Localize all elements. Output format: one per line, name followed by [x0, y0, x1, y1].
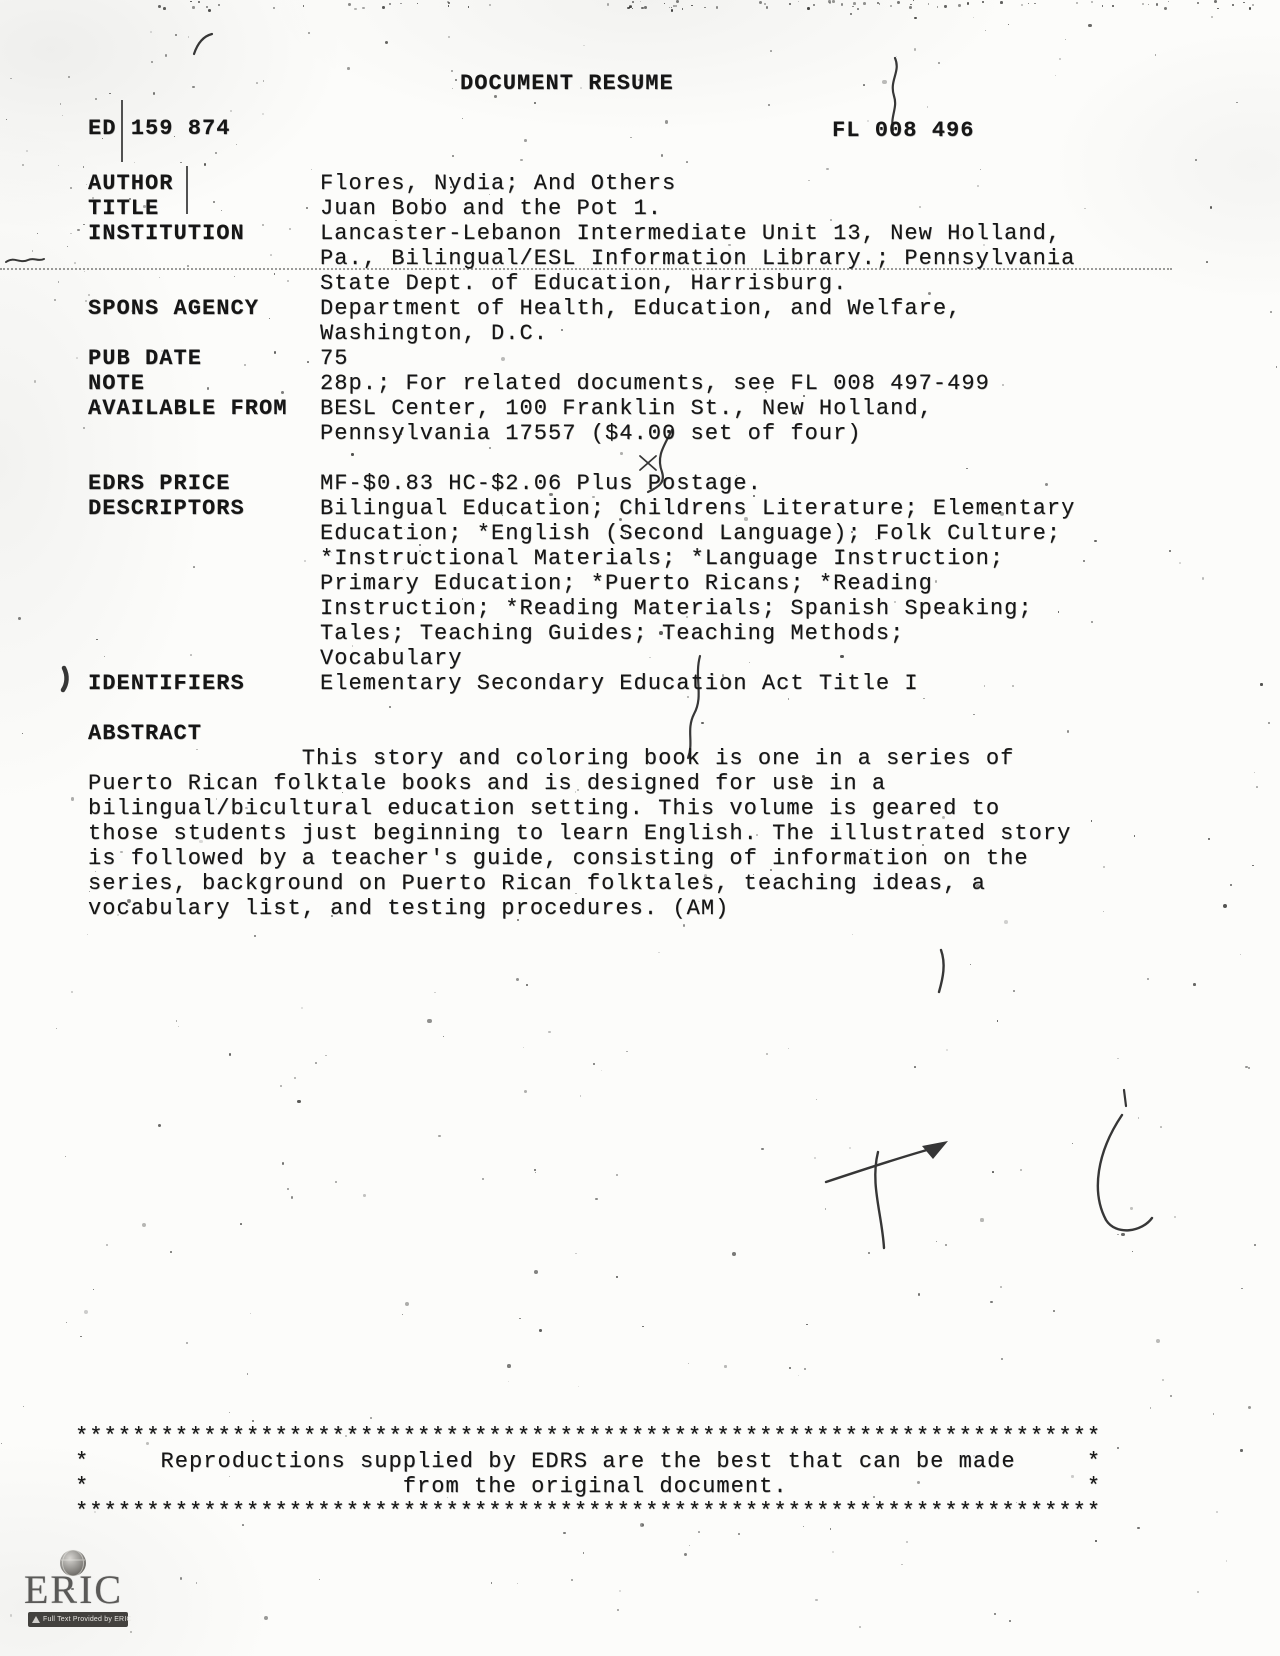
speck — [348, 3, 351, 6]
speck — [1148, 4, 1149, 5]
speck — [896, 56, 897, 57]
speck — [10, 78, 11, 79]
speck — [1000, 1, 1003, 4]
field-value: 28p.; For related documents, see FL 008 … — [320, 371, 1188, 396]
fl-number: FL 008 496 — [832, 119, 975, 143]
speck — [630, 137, 632, 139]
field-row: PUB DATE75 — [88, 346, 1188, 371]
speck — [66, 1322, 67, 1323]
pen-mark-arrow-shaft — [826, 1148, 934, 1182]
speck — [863, 2, 866, 5]
field-value-line: Juan Bobo and the Pot 1. — [320, 196, 1188, 221]
speck — [803, 1526, 804, 1527]
speck — [84, 1310, 88, 1314]
speck — [832, 1551, 834, 1553]
speck — [1243, 2, 1244, 3]
abstract-line: bilingual/bicultural education setting. … — [88, 796, 1218, 821]
speck — [362, 7, 365, 10]
speck — [303, 5, 304, 6]
field-label: SPONS AGENCY — [88, 296, 320, 321]
speck — [1214, 0, 1217, 3]
speck — [1067, 730, 1069, 732]
speck — [946, 1049, 948, 1051]
speck — [1156, 3, 1159, 6]
speck — [109, 93, 111, 95]
speck — [1193, 983, 1196, 986]
speck — [451, 70, 453, 72]
speck — [405, 1302, 409, 1306]
speck — [859, 1626, 861, 1628]
speck — [548, 1031, 550, 1033]
speck — [1028, 3, 1030, 5]
speck — [1102, 5, 1103, 6]
speck — [738, 1533, 740, 1535]
speck — [354, 8, 356, 10]
speck — [580, 1095, 582, 1097]
speck — [682, 8, 683, 9]
speck — [23, 1406, 24, 1407]
speck — [10, 1614, 12, 1616]
speck — [62, 115, 63, 116]
speck — [768, 104, 770, 106]
field-value: Bilingual Education; Childrens Literatur… — [320, 496, 1188, 671]
speck — [180, 162, 182, 164]
field-row: TITLEJuan Bobo and the Pot 1. — [88, 196, 1188, 221]
field-value-line: Lancaster-Lebanon Intermediate Unit 13, … — [320, 221, 1188, 246]
speck — [1240, 1449, 1242, 1451]
speck — [1162, 1379, 1164, 1381]
speck — [829, 2, 831, 4]
pen-mark-arrow-tail — [875, 1152, 884, 1248]
speck — [389, 3, 392, 6]
banner-arrow-icon — [32, 1616, 40, 1623]
speck — [400, 3, 402, 5]
speck — [826, 168, 828, 170]
speck — [909, 6, 912, 9]
speck — [524, 139, 527, 142]
speck — [944, 5, 946, 7]
speck — [990, 1301, 992, 1303]
speck — [1091, 1, 1093, 3]
speck — [1000, 1286, 1002, 1288]
eric-logo-tagline: Full Text Provided by ERIC — [43, 1616, 132, 1623]
speck — [70, 233, 72, 235]
speck — [701, 722, 703, 724]
speck — [297, 1100, 301, 1104]
field-value: Elementary Secondary Education Act Title… — [320, 671, 1188, 696]
speck — [520, 159, 523, 162]
speck — [852, 6, 854, 8]
speck — [447, 1, 449, 3]
speck — [640, 1, 642, 3]
speck — [882, 80, 886, 84]
field-row: AUTHORFlores, Nydia; And Others — [88, 171, 1188, 196]
speck — [315, 1062, 317, 1064]
speck — [890, 5, 892, 7]
speck — [1117, 1447, 1119, 1449]
speck — [1155, 54, 1157, 56]
speck — [534, 1169, 536, 1171]
speck — [165, 54, 168, 57]
speck — [539, 1329, 542, 1332]
speck — [507, 1364, 511, 1368]
speck — [335, 1181, 336, 1182]
speck — [914, 48, 916, 50]
speck — [523, 1047, 524, 1048]
speck — [958, 4, 961, 7]
speck — [1053, 1310, 1055, 1312]
speck — [319, 1579, 320, 1580]
speck — [192, 86, 195, 89]
speck — [841, 3, 844, 6]
speck — [54, 299, 56, 301]
speck — [914, 1066, 916, 1068]
speck — [992, 1171, 994, 1173]
scan-vertical-artifact — [186, 166, 188, 214]
speck — [482, 1178, 484, 1180]
speck — [438, 1135, 440, 1137]
field-value: 75 — [320, 346, 1188, 371]
speck — [176, 1020, 178, 1022]
speck — [6, 119, 7, 120]
document-resume-title: DOCUMENT RESUME — [460, 72, 674, 96]
field-row: DESCRIPTORSBilingual Education; Children… — [88, 496, 1188, 671]
field-row: IDENTIFIERSElementary Secondary Educatio… — [88, 671, 1188, 696]
speck — [832, 0, 834, 2]
speck — [910, 4, 911, 5]
speck — [1059, 58, 1061, 60]
speck — [134, 162, 136, 164]
speck — [853, 2, 856, 5]
speck — [857, 8, 859, 10]
speck — [1095, 1540, 1096, 1541]
speck — [86, 184, 87, 185]
speck — [516, 978, 519, 981]
field-label: AUTHOR — [88, 171, 320, 196]
speck — [1223, 904, 1227, 908]
speck — [1021, 4, 1023, 6]
speck — [1121, 1233, 1124, 1236]
field-row: INSTITUTIONLancaster-Lebanon Intermediat… — [88, 221, 1188, 296]
speck — [906, 1541, 908, 1543]
speck — [448, 36, 450, 38]
field-label: DESCRIPTORS — [88, 496, 320, 521]
speck — [56, 1028, 57, 1029]
speck — [534, 102, 536, 104]
speck — [973, 714, 975, 716]
speck — [389, 706, 391, 708]
speck — [629, 6, 632, 9]
speck — [198, 1, 200, 3]
speck — [583, 1552, 584, 1553]
speck — [575, 1253, 577, 1255]
speck — [804, 1368, 806, 1370]
speck — [766, 6, 769, 9]
speck — [240, 1223, 242, 1225]
speck — [37, 233, 38, 234]
speck — [788, 1048, 789, 1049]
speck — [828, 0, 831, 3]
speck — [918, 1293, 920, 1295]
speck — [1241, 1288, 1242, 1289]
speck — [665, 120, 669, 124]
speck — [671, 9, 674, 12]
speck — [427, 1019, 431, 1023]
speck — [1156, 1339, 1160, 1343]
speck — [1137, 1527, 1139, 1529]
speck — [190, 1, 192, 3]
speck — [1268, 722, 1270, 724]
speck — [789, 3, 791, 5]
abstract-line: is followed by a teacher's guide, consis… — [88, 846, 1218, 871]
pen-mark-paren — [1098, 1115, 1152, 1230]
speck — [1008, 24, 1009, 25]
speck — [642, 1524, 644, 1526]
speck — [980, 169, 981, 170]
speck — [761, 1148, 763, 1150]
speck — [1088, 24, 1091, 27]
speck — [535, 1172, 536, 1173]
speck — [517, 1583, 518, 1584]
field-label: AVAILABLE FROM — [88, 396, 320, 421]
speck — [626, 1051, 628, 1053]
speck — [87, 934, 88, 935]
speck — [616, 1174, 618, 1176]
speck — [661, 154, 664, 157]
speck — [967, 2, 970, 5]
speck — [175, 34, 177, 36]
field-row: NOTE28p.; For related documents, see FL … — [88, 371, 1188, 396]
speck — [1230, 884, 1232, 886]
speck — [936, 1241, 937, 1242]
speck — [601, 1070, 602, 1071]
fields-table: AUTHORFlores, Nydia; And OthersTITLEJuan… — [88, 171, 1188, 696]
speck — [74, 262, 76, 264]
speck — [273, 7, 275, 9]
eric-logo: ERIC Full Text Provided by ERIC — [22, 1550, 152, 1646]
speck — [1248, 1067, 1250, 1069]
abstract-line: This story and coloring book is one in a… — [88, 746, 1218, 771]
speck — [443, 1036, 444, 1037]
pen-mark-tick — [939, 950, 944, 992]
speck — [814, 1157, 816, 1159]
speck — [448, 5, 450, 7]
speck — [280, 1085, 282, 1087]
speck — [687, 696, 689, 698]
speck — [629, 5, 632, 8]
speck — [1065, 39, 1066, 40]
speck — [291, 1196, 293, 1198]
speck — [192, 6, 195, 9]
speck — [68, 76, 70, 78]
speck — [1055, 75, 1056, 76]
speck — [1160, 1126, 1162, 1128]
speck — [452, 155, 454, 157]
speck — [675, 5, 677, 7]
speck — [83, 224, 84, 225]
speck — [689, 1545, 690, 1546]
speck — [385, 41, 388, 44]
speck — [215, 152, 217, 154]
speck — [664, 3, 666, 5]
speck — [491, 1582, 492, 1583]
speck — [417, 3, 418, 4]
speck — [204, 163, 207, 166]
speck — [452, 88, 453, 89]
speck — [807, 7, 810, 10]
pen-mark-identifiers-quote — [63, 668, 67, 690]
speck — [815, 1599, 817, 1601]
speck — [58, 165, 59, 166]
speck — [58, 281, 60, 283]
speck — [70, 187, 72, 189]
speck — [301, 1007, 303, 1009]
speck — [1240, 954, 1241, 955]
speck — [1210, 206, 1213, 209]
speck — [1195, 159, 1197, 161]
speck — [1248, 1406, 1251, 1409]
speck — [571, 1579, 573, 1581]
speck — [230, 110, 232, 112]
speck — [1232, 4, 1234, 6]
speck — [616, 1276, 617, 1277]
speck — [937, 6, 939, 8]
speck — [1202, 577, 1204, 579]
speck — [1168, 1, 1169, 2]
speck — [798, 1, 799, 2]
speck — [294, 1077, 296, 1079]
speck — [607, 3, 609, 5]
field-value-line: Flores, Nydia; And Others — [320, 171, 1188, 196]
speck — [1164, 7, 1167, 10]
speck — [806, 1324, 808, 1326]
speck — [1236, 102, 1238, 104]
speck — [1142, 3, 1144, 5]
reproduction-notice-line: * from the original document. * — [75, 1474, 1101, 1499]
speck — [1211, 16, 1213, 18]
field-label: NOTE — [88, 371, 320, 396]
speck — [325, 1055, 326, 1056]
speck — [1252, 4, 1254, 6]
speck — [759, 1, 762, 4]
field-value-line: Washington, D.C. — [320, 321, 1188, 346]
speck — [1170, 1395, 1172, 1397]
speck — [150, 31, 152, 33]
speck — [686, 161, 688, 163]
speck — [1254, 1244, 1256, 1246]
speck — [151, 61, 153, 63]
speck — [897, 1, 900, 4]
speck — [80, 1336, 81, 1337]
field-value-line: Pennsylvania 17557 ($4.00 set of four) — [320, 421, 1188, 446]
field-value-line: Bilingual Education; Childrens Literatur… — [320, 496, 1188, 521]
speck — [1216, 1511, 1218, 1513]
speck — [732, 1252, 736, 1256]
field-value: Juan Bobo and the Pot 1. — [320, 196, 1188, 221]
speck — [263, 80, 264, 81]
speck — [1138, 1117, 1140, 1119]
abstract-line: Puerto Rican folktale books and is desig… — [88, 771, 1218, 796]
speck — [724, 1365, 726, 1367]
pen-mark-slash — [194, 34, 212, 54]
field-value-line: Department of Health, Education, and Wel… — [320, 296, 1188, 321]
speck — [402, 1314, 403, 1315]
speck — [617, 1609, 619, 1611]
field-value: MF-$0.83 HC-$2.06 Plus Postage. — [320, 471, 1188, 496]
speck — [229, 1412, 230, 1413]
speck — [997, 1020, 998, 1021]
abstract-line: vocabulary list, and testing procedures.… — [88, 896, 1218, 921]
speck — [264, 1616, 268, 1620]
field-value-line: Instruction; *Reading Materials; Spanish… — [320, 596, 1188, 621]
field-label: PUB DATE — [88, 346, 320, 371]
speck — [691, 5, 692, 6]
speck — [287, 1188, 289, 1190]
speck — [65, 1156, 66, 1157]
field-value-line: MF-$0.83 HC-$2.06 Plus Postage. — [320, 471, 1188, 496]
field-label: INSTITUTION — [88, 221, 320, 246]
speck — [1197, 1591, 1199, 1593]
speck — [973, 17, 974, 18]
field-row: EDRS PRICEMF-$0.83 HC-$2.06 Plus Postage… — [88, 471, 1188, 496]
speck — [852, 934, 853, 935]
speck — [1001, 1358, 1003, 1360]
reproduction-notice-line: ****************************************… — [75, 1499, 1101, 1524]
reproduction-notice-line: ****************************************… — [75, 1424, 1101, 1449]
speck — [938, 62, 940, 64]
speck — [229, 1053, 231, 1055]
speck — [158, 1124, 161, 1127]
speck — [901, 1564, 903, 1566]
speck — [218, 4, 220, 6]
speck — [923, 698, 924, 699]
speck — [526, 984, 528, 986]
speck — [985, 30, 986, 31]
field-value-line: Primary Education; *Puerto Ricans; *Read… — [320, 571, 1188, 596]
speck — [1206, 261, 1208, 263]
speck — [206, 6, 208, 8]
field-value-line: BESL Center, 100 Franklin St., New Holla… — [320, 396, 1188, 421]
abstract-label: ABSTRACT — [88, 721, 202, 746]
speck — [1213, 1413, 1214, 1414]
speck — [1076, 2, 1078, 4]
field-value: Lancaster-Lebanon Intermediate Unit 13, … — [320, 221, 1188, 296]
speck — [26, 150, 28, 152]
speck — [106, 1244, 108, 1246]
field-value: Department of Health, Education, and Wel… — [320, 296, 1188, 346]
speck — [945, 1244, 947, 1246]
speck — [448, 2, 450, 4]
speck — [928, 3, 930, 5]
field-label: IDENTIFIERS — [88, 671, 320, 696]
speck — [468, 6, 470, 8]
speck — [363, 1194, 366, 1197]
speck — [593, 1063, 595, 1065]
speck — [698, 1531, 700, 1533]
speck — [766, 1053, 768, 1055]
speck — [619, 1590, 621, 1592]
speck — [67, 246, 68, 247]
field-value-line: Vocabulary — [320, 646, 1188, 671]
speck — [788, 698, 789, 699]
speck — [1147, 978, 1149, 980]
speck — [77, 229, 79, 231]
speck — [1034, 3, 1035, 4]
speck — [519, 1318, 521, 1320]
speck — [1, 1443, 2, 1444]
speck — [153, 92, 155, 94]
field-row: SPONS AGENCYDepartment of Health, Educat… — [88, 296, 1188, 346]
